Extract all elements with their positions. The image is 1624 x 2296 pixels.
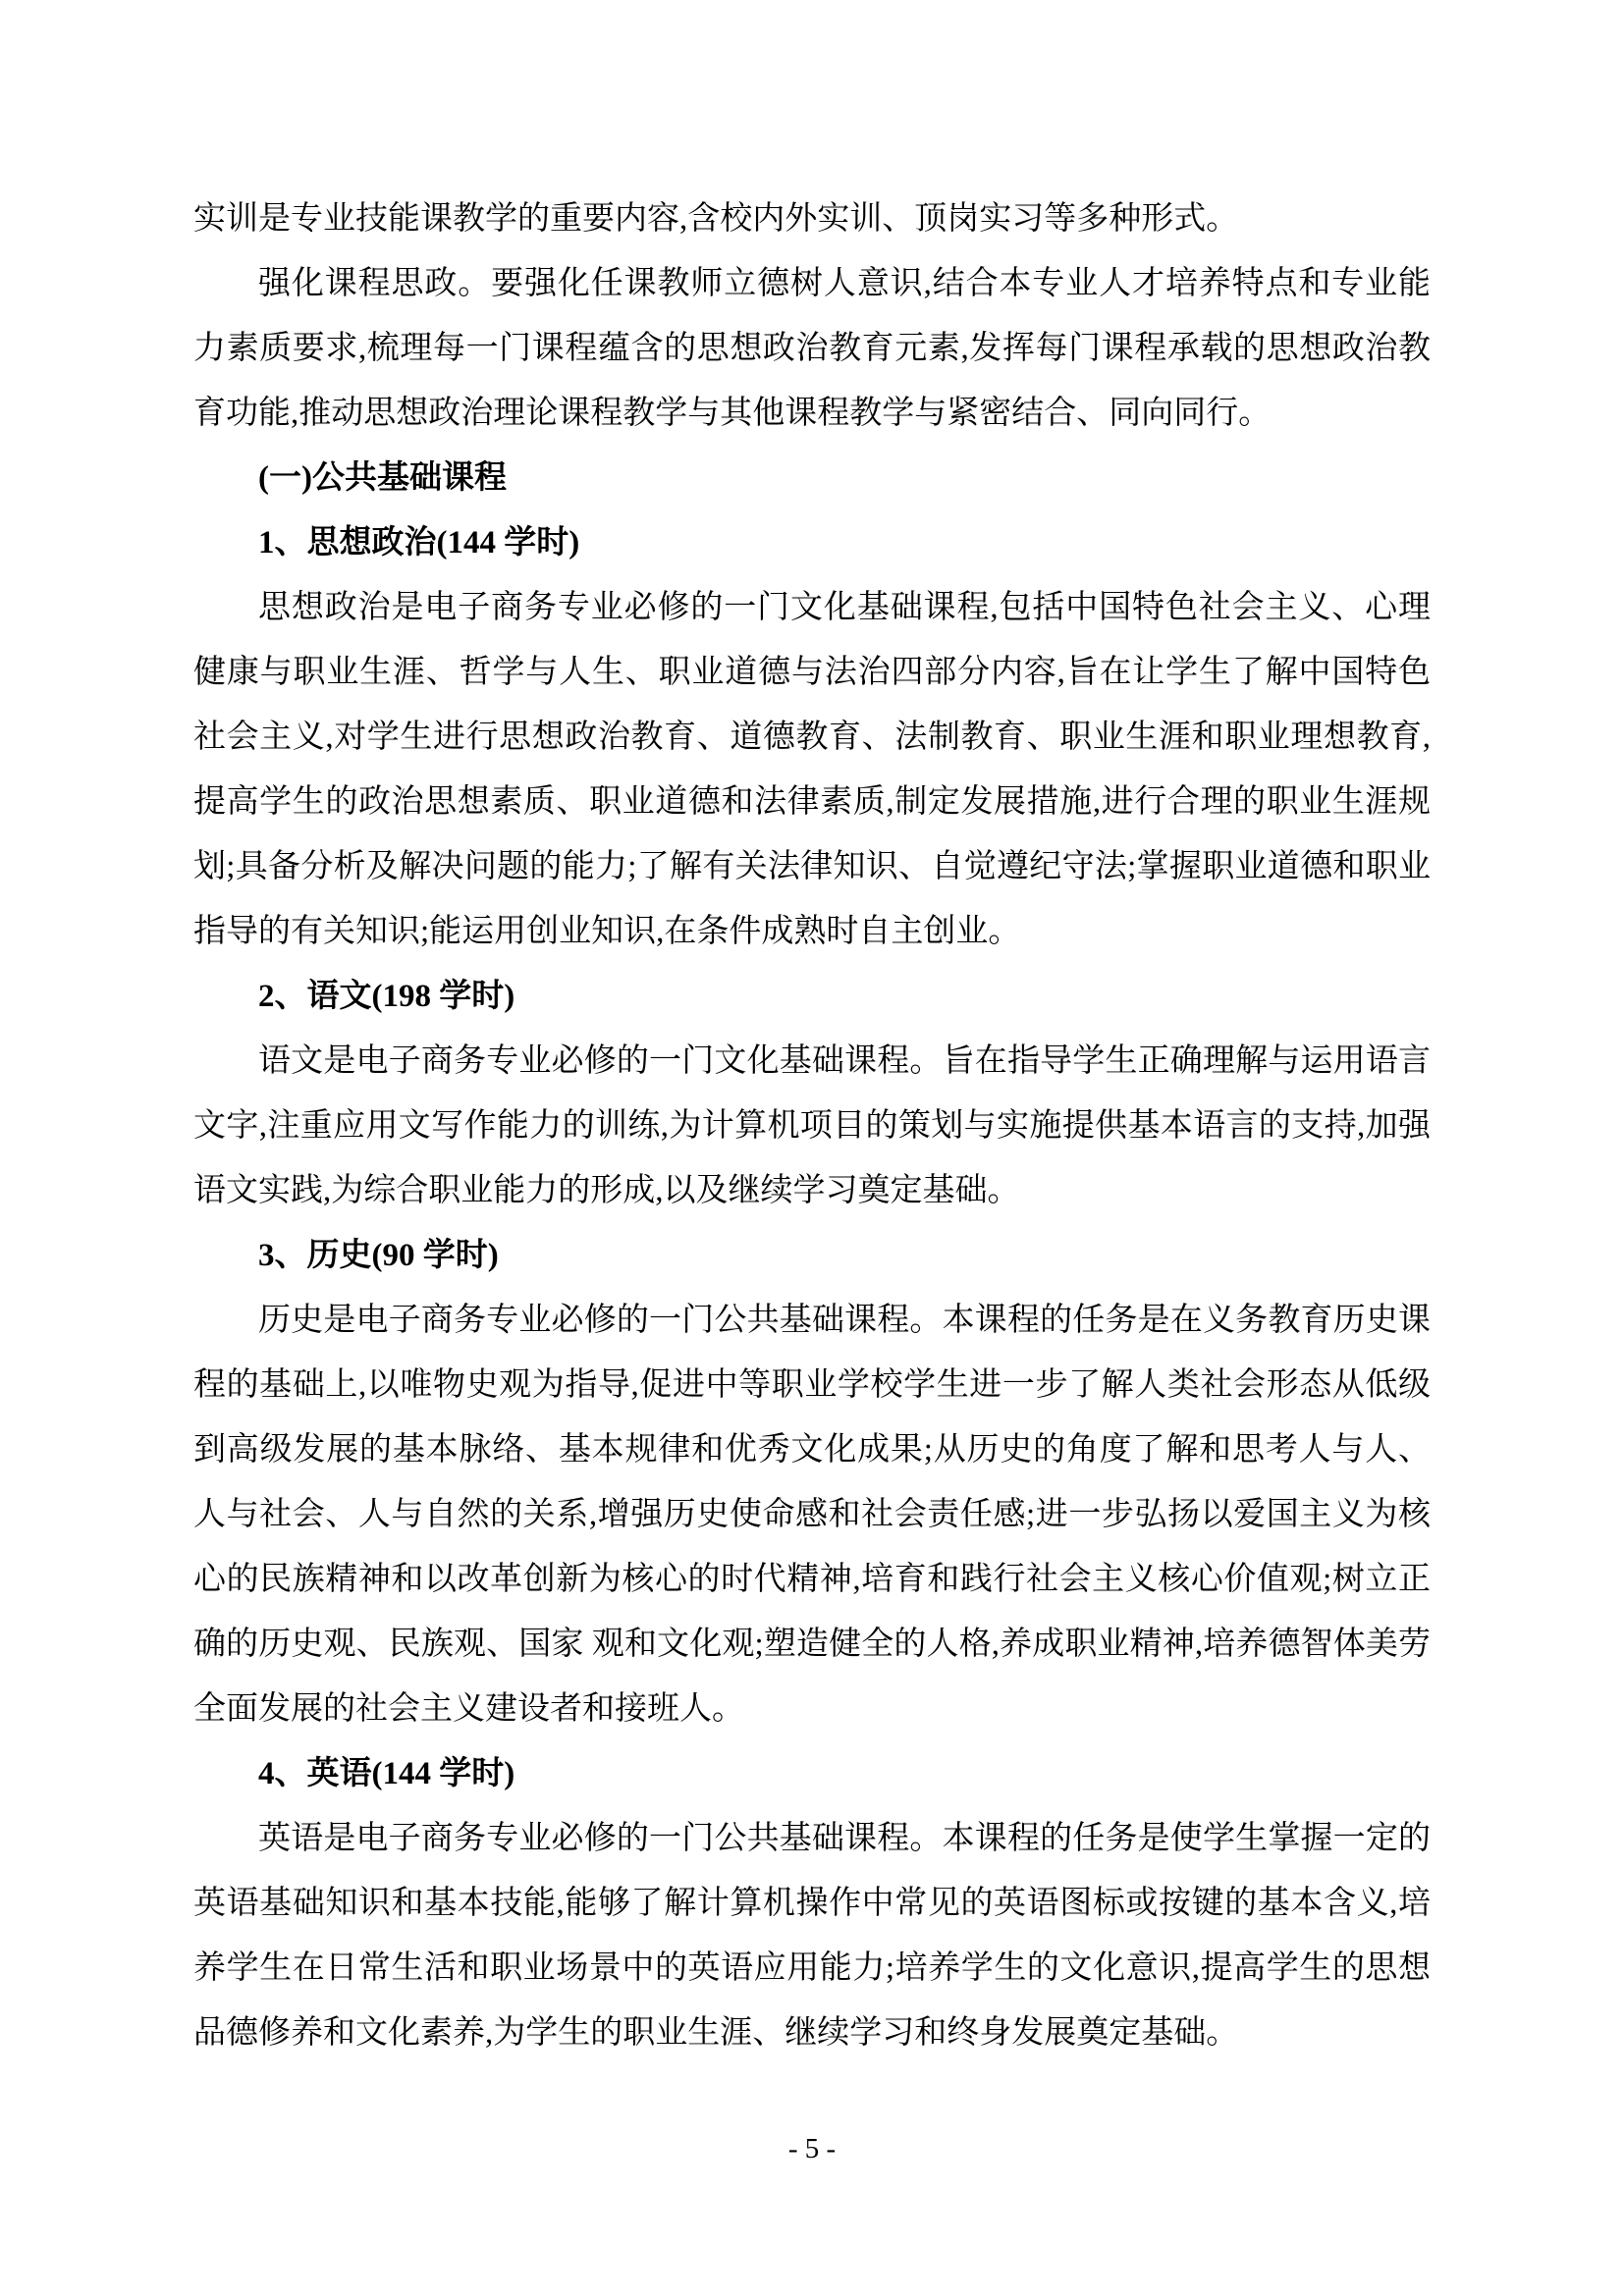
body-paragraph: 历史是电子商务专业必修的一门公共基础课程。本课程的任务是在义务教育历史课程的基础… — [193, 1288, 1431, 1741]
document-page: 实训是专业技能课教学的重要内容,含校内外实训、顶岗实习等多种形式。强化课程思政。… — [0, 0, 1624, 2296]
body-paragraph: 英语是电子商务专业必修的一门公共基础课程。本课程的任务是使学生掌握一定的英语基础… — [193, 1806, 1431, 2065]
body-paragraph: 实训是专业技能课教学的重要内容,含校内外实训、顶岗实习等多种形式。 — [193, 187, 1431, 251]
page-number: - 5 - — [0, 2132, 1624, 2165]
section-heading: 1、思想政治(144 学时) — [193, 510, 1431, 575]
body-paragraph: 强化课程思政。要强化任课教师立德树人意识,结合本专业人才培养特点和专业能力素质要… — [193, 251, 1431, 446]
body-paragraph: 语文是电子商务专业必修的一门文化基础课程。旨在指导学生正确理解与运用语言文字,注… — [193, 1029, 1431, 1223]
section-heading: 4、英语(144 学时) — [193, 1741, 1431, 1806]
section-heading: 2、语文(198 学时) — [193, 964, 1431, 1029]
section-heading: 3、历史(90 学时) — [193, 1223, 1431, 1288]
document-body: 实训是专业技能课教学的重要内容,含校内外实训、顶岗实习等多种形式。强化课程思政。… — [193, 187, 1431, 2065]
section-heading: (一)公共基础课程 — [193, 446, 1431, 510]
body-paragraph: 思想政治是电子商务专业必修的一门文化基础课程,包括中国特色社会主义、心理健康与职… — [193, 575, 1431, 964]
